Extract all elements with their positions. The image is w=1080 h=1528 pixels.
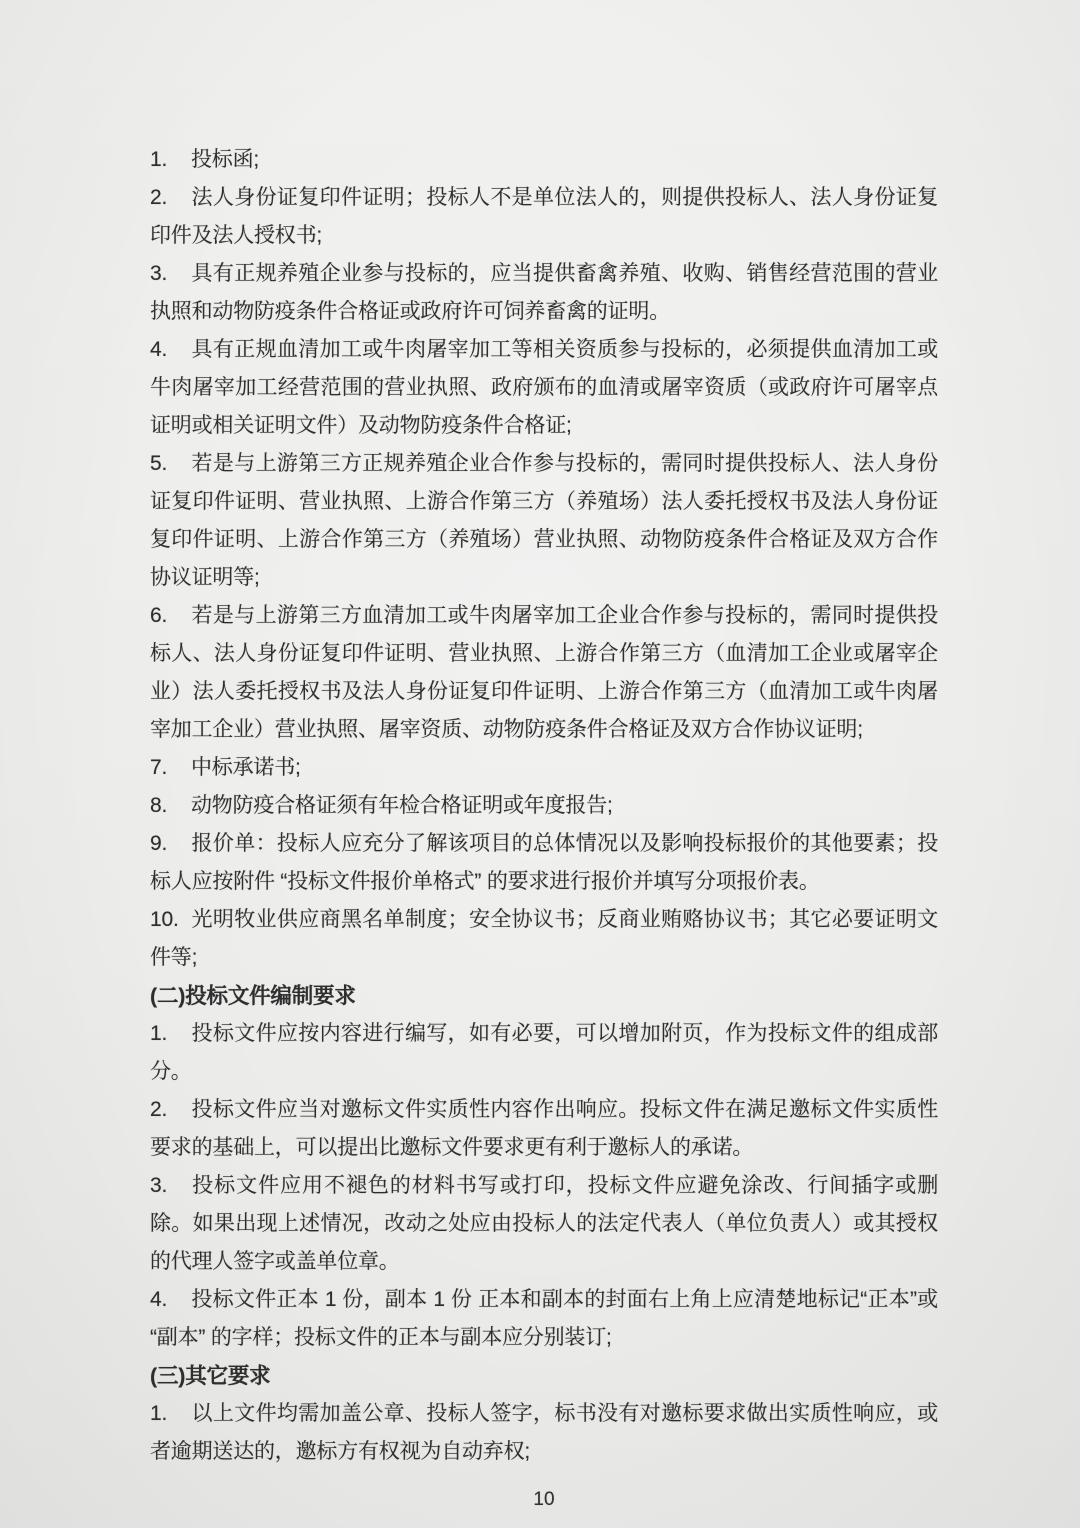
doc-paragraph: 1.投标文件应按内容进行编写，如有必要，可以增加附页，作为投标文件的组成部分。 xyxy=(150,1015,938,1091)
item-number: 7. xyxy=(150,749,191,787)
paragraph-text: 以上文件均需加盖公章、投标人签字，标书没有对邀标要求做出实质性响应，或者逾期送达… xyxy=(150,1402,938,1463)
doc-paragraph: 5.若是与上游第三方正规养殖企业合作参与投标的，需同时提供投标人、法人身份证复印… xyxy=(150,445,938,597)
doc-paragraph: 2.法人身份证复印件证明；投标人不是单位法人的，则提供投标人、法人身份证复印件及… xyxy=(150,179,938,255)
doc-paragraph: 4.具有正规血清加工或牛肉屠宰加工等相关资质参与投标的，必须提供血清加工或牛肉屠… xyxy=(150,331,938,445)
paragraph-text: 投标文件应当对邀标文件实质性内容作出响应。投标文件在满足邀标文件实质性要求的基础… xyxy=(150,1098,938,1159)
doc-paragraph: 10.光明牧业供应商黑名单制度；安全协议书；反商业贿赂协议书；其它必要证明文件等… xyxy=(150,901,938,977)
doc-paragraph: 3.投标文件应用不褪色的材料书写或打印，投标文件应避免涂改、行间插字或删除。如果… xyxy=(150,1167,938,1281)
paragraph-text: 若是与上游第三方血清加工或牛肉屠宰加工企业合作参与投标的，需同时提供投标人、法人… xyxy=(150,604,938,741)
paragraph-text: 投标文件应按内容进行编写，如有必要，可以增加附页，作为投标文件的组成部分。 xyxy=(150,1022,938,1083)
doc-paragraph: 7.中标承诺书; xyxy=(150,749,938,787)
paragraph-text: 具有正规养殖企业参与投标的，应当提供畜禽养殖、收购、销售经营范围的营业执照和动物… xyxy=(150,262,938,323)
doc-paragraph: 2.投标文件应当对邀标文件实质性内容作出响应。投标文件在满足邀标文件实质性要求的… xyxy=(150,1091,938,1167)
document-body: 1.投标函;2.法人身份证复印件证明；投标人不是单位法人的，则提供投标人、法人身… xyxy=(150,141,938,1471)
doc-paragraph: 3.具有正规养殖企业参与投标的，应当提供畜禽养殖、收购、销售经营范围的营业执照和… xyxy=(150,255,938,331)
paragraph-text: 具有正规血清加工或牛肉屠宰加工等相关资质参与投标的，必须提供血清加工或牛肉屠宰加… xyxy=(150,338,938,437)
paragraph-text: 动物防疫合格证须有年检合格证明或年度报告; xyxy=(191,794,613,817)
paragraph-text: 投标文件正本 1 份，副本 1 份 正本和副本的封面右上角上应清楚地标记“正本”… xyxy=(150,1288,938,1349)
paragraph-text: (二)投标文件编制要求 xyxy=(150,984,356,1008)
item-number: 4. xyxy=(150,331,191,369)
paragraph-text: 中标承诺书; xyxy=(191,756,301,779)
item-number: 5. xyxy=(150,445,191,483)
paragraph-text: 光明牧业供应商黑名单制度；安全协议书；反商业贿赂协议书；其它必要证明文件等; xyxy=(150,908,938,969)
paragraph-text: 投标函; xyxy=(191,148,259,171)
item-number: 3. xyxy=(150,1167,191,1205)
paragraph-text: 若是与上游第三方正规养殖企业合作参与投标的，需同时提供投标人、法人身份证复印件证… xyxy=(150,452,938,589)
item-number: 2. xyxy=(150,179,191,217)
item-number: 1. xyxy=(150,141,191,179)
item-number: 8. xyxy=(150,787,191,825)
paragraph-text: (三)其它要求 xyxy=(150,1364,270,1388)
page-number: 10 xyxy=(150,1485,938,1515)
item-number: 2. xyxy=(150,1091,191,1129)
item-number: 6. xyxy=(150,597,191,635)
item-number: 1. xyxy=(150,1015,191,1053)
item-number: 4. xyxy=(150,1281,191,1319)
item-number: 3. xyxy=(150,255,191,293)
document-page: 1.投标函;2.法人身份证复印件证明；投标人不是单位法人的，则提供投标人、法人身… xyxy=(150,141,938,1515)
item-number: 1. xyxy=(150,1395,191,1433)
section-heading: (二)投标文件编制要求 xyxy=(150,977,938,1015)
paragraph-text: 法人身份证复印件证明；投标人不是单位法人的，则提供投标人、法人身份证复印件及法人… xyxy=(150,186,938,247)
item-number: 9. xyxy=(150,825,191,863)
item-number: 10. xyxy=(150,901,191,939)
doc-paragraph: 4.投标文件正本 1 份，副本 1 份 正本和副本的封面右上角上应清楚地标记“正… xyxy=(150,1281,938,1357)
doc-paragraph: 1.以上文件均需加盖公章、投标人签字，标书没有对邀标要求做出实质性响应，或者逾期… xyxy=(150,1395,938,1471)
doc-paragraph: 9.报价单：投标人应充分了解该项目的总体情况以及影响投标报价的其他要素；投标人应… xyxy=(150,825,938,901)
paragraph-text: 投标文件应用不褪色的材料书写或打印，投标文件应避免涂改、行间插字或删除。如果出现… xyxy=(150,1174,938,1273)
paragraph-text: 报价单：投标人应充分了解该项目的总体情况以及影响投标报价的其他要素；投标人应按附… xyxy=(150,832,938,893)
doc-paragraph: 6.若是与上游第三方血清加工或牛肉屠宰加工企业合作参与投标的，需同时提供投标人、… xyxy=(150,597,938,749)
doc-paragraph: 8.动物防疫合格证须有年检合格证明或年度报告; xyxy=(150,787,938,825)
section-heading: (三)其它要求 xyxy=(150,1357,938,1395)
doc-paragraph: 1.投标函; xyxy=(150,141,938,179)
